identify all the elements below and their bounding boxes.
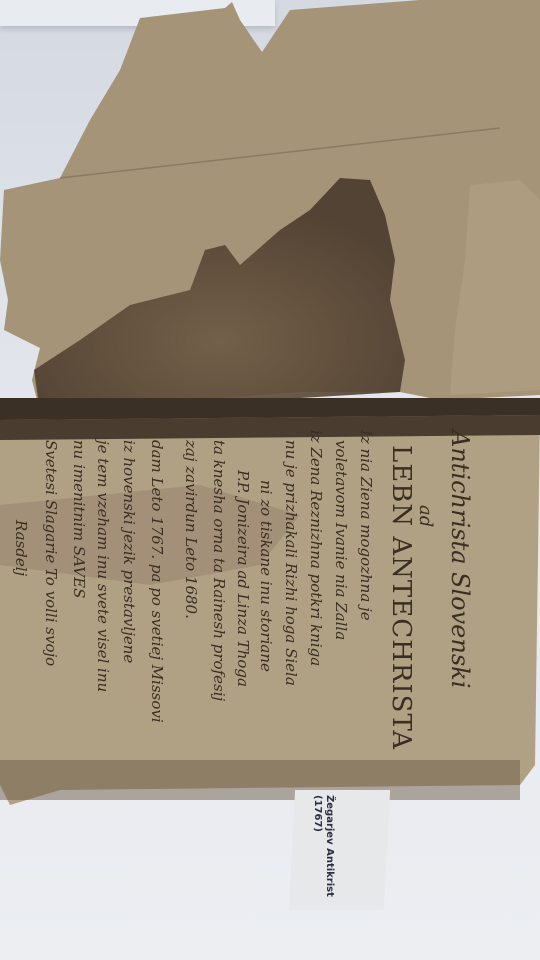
manuscript-title-script: Antichrista Slovenski	[446, 430, 474, 688]
manuscript-line: Rasdelj	[12, 520, 30, 576]
manuscript-line: ta knesha orna ta Rainesh profesij	[210, 440, 228, 701]
museum-label-text: Žegarjev Antikrist (1767)	[311, 795, 335, 897]
manuscript-line: iz hovenski jezik prestavljene	[120, 440, 138, 663]
torn-cover	[0, 0, 540, 420]
manuscript-line: iz Zena Reznizhna potkri kniga	[307, 430, 325, 666]
manuscript-line: Svetesi Slagarie To volli svojo	[42, 440, 60, 666]
manuscript-line: P.P. Jonizeira ad Linza Thoga	[234, 470, 252, 687]
label-year: (1767)	[311, 795, 323, 897]
manuscript-line: nu imenitnim SAVES	[70, 440, 88, 598]
label-title: Žegarjev Antikrist	[323, 795, 335, 897]
manuscript-line: Iz nia Ziena mogozhna je	[357, 430, 375, 621]
manuscript-line: je tem vzeham inu svete visel inu	[94, 440, 112, 692]
manuscript-line: dam Leto 1767. pa po svetiej Missovi	[148, 440, 166, 723]
manuscript-line: zaj zavirdun Leto 1680.	[182, 440, 200, 619]
manuscript-title-caps: LEBN ANTECHRISTA	[386, 445, 416, 750]
museum-label	[289, 790, 390, 910]
manuscript-line: ni zo tiskane inu storiane	[257, 480, 275, 672]
manuscript-title-ad: ad	[415, 505, 436, 527]
manuscript-line: nu je prizhakali Rizhi hoga Siela	[282, 440, 300, 686]
manuscript-line: voletavom Ivanie nia Zalla	[332, 440, 350, 640]
